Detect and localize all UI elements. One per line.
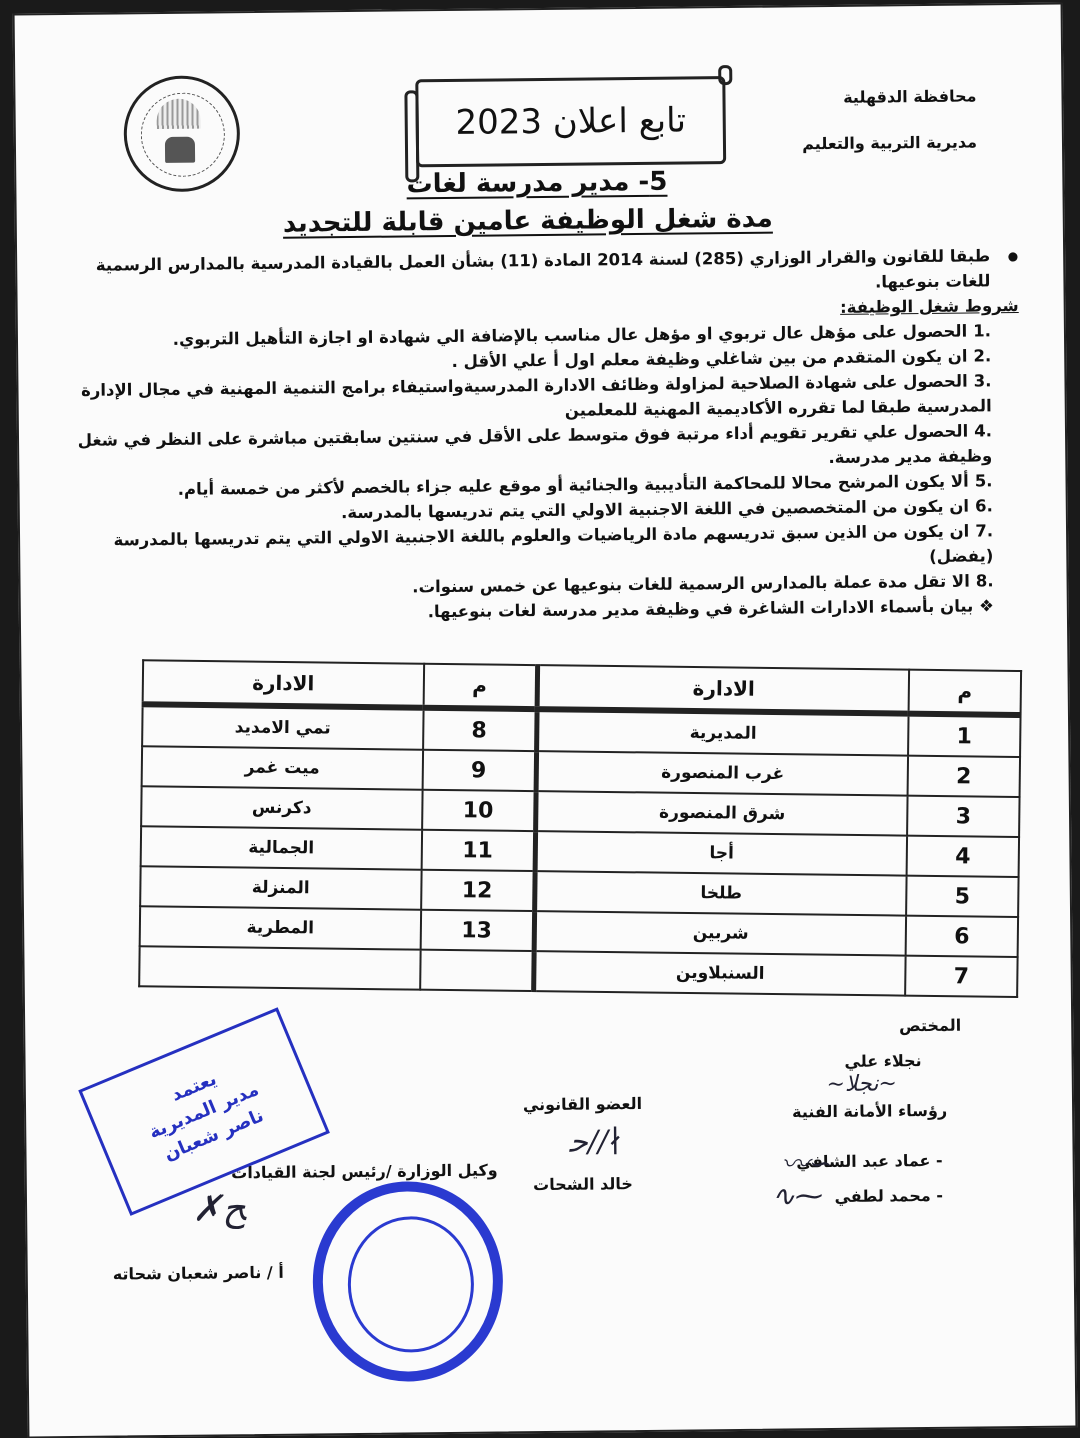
document-body: طبقا للقانون والقرار الوزاري (285) لسنة … — [62, 243, 1022, 628]
vacant-administrations-table: م الادارة م الادارة 1 المديرية 8 تمي الا… — [138, 659, 1022, 998]
tech-heads-label: رؤساء الأمانة الفنية — [792, 1101, 947, 1122]
deputy-signature-icon: ✗ﺢ — [192, 1188, 246, 1230]
deputy-label: وكيل الوزارة /رئيس لجنة القيادات — [231, 1161, 498, 1183]
legal-member-label: العضو القانوني — [523, 1094, 642, 1114]
col-header-admin: الادارة — [537, 665, 909, 714]
deputy-name: أ / ناصر شعبان شحاته — [113, 1263, 284, 1284]
job-title: 5- مدير مدرسة لغات — [406, 167, 667, 200]
col-header-num: م — [909, 670, 1022, 715]
specialist-name: نجلاء علي — [844, 1051, 921, 1071]
banner-title: تابع اعلان 2023 — [455, 100, 686, 142]
governorate-label: محافظة الدقهلية — [801, 73, 976, 121]
tech-head-name: - محمد لطفي — [834, 1186, 943, 1206]
directorate-label: مديرية التربية والتعليم — [802, 119, 977, 167]
announcement-banner: تابع اعلان 2023 — [415, 76, 726, 167]
legal-signature-icon: ﺣ∕∕∤ — [569, 1124, 622, 1160]
signature-icon: 〰∽ — [781, 1142, 833, 1183]
job-term: مدة شغل الوظيفة عامين قابلة للتجديد — [283, 204, 773, 239]
directorate-logo-icon — [123, 75, 240, 192]
legal-member-name: خالد الشحات — [533, 1174, 633, 1194]
col-header-num: م — [423, 664, 537, 709]
issuer-header: محافظة الدقهلية مديرية التربية والتعليم — [801, 73, 977, 167]
official-seal-icon — [312, 1180, 504, 1382]
intro-paragraph: طبقا للقانون والقرار الوزاري (285) لسنة … — [62, 243, 1018, 303]
signature-icon: ∿⁓ — [771, 1179, 823, 1213]
document-page: محافظة الدقهلية مديرية التربية والتعليم … — [13, 3, 1078, 1438]
col-header-admin: الادارة — [143, 660, 424, 707]
specialist-signature-icon: ~ﻧﺠﻼ~ — [826, 1071, 897, 1097]
specialist-label: المختص — [899, 1016, 961, 1036]
approval-stamp: يعتمد مدير المديرية ناصر شعبان — [78, 1007, 330, 1216]
